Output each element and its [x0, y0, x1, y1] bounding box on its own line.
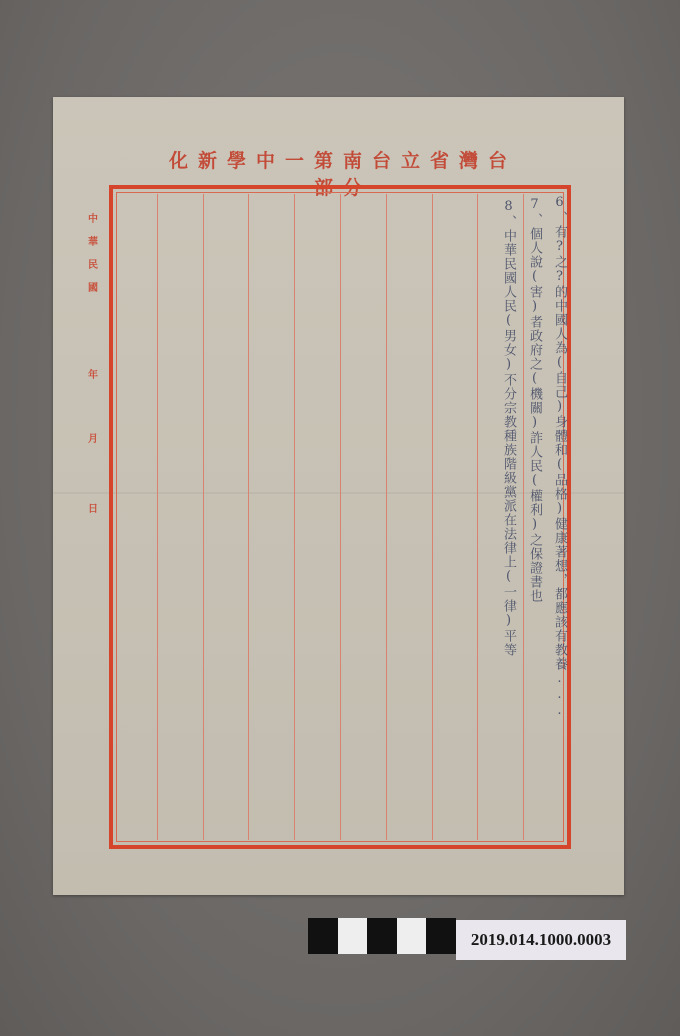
scale-segment [367, 918, 397, 954]
date-char: 民 [83, 256, 103, 271]
column-rule [248, 194, 249, 840]
column-rule [477, 194, 478, 840]
column-rule [340, 194, 341, 840]
column-rule [523, 194, 524, 840]
date-char: 月 [83, 430, 103, 445]
date-char: 年 [83, 366, 103, 381]
scale-segment [338, 918, 368, 954]
color-scale-bar [308, 918, 456, 954]
scale-segment [426, 918, 456, 954]
catalog-id-label: 2019.014.1000.0003 [456, 920, 626, 960]
date-char: 國 [83, 279, 103, 294]
column-rule [157, 194, 158, 840]
scale-segment [397, 918, 427, 954]
handwritten-line-7: 7、個人說(害)者政府之(機關)詐人民(權利)之保證書也 [525, 197, 544, 637]
date-char: 中 [83, 210, 103, 225]
scale-segment [308, 918, 338, 954]
column-rule [294, 194, 295, 840]
column-rule [432, 194, 433, 840]
handwritten-line-6: 6、有?之?的中國人為(自己)身體和(品格)健康著想，都應該有教養... [550, 195, 569, 895]
handwritten-line-8: 8、中華民國人民(男女)不分宗教種族階級黨派在法律上(一律)平等 [499, 199, 518, 839]
date-char: 華 [83, 233, 103, 248]
column-rule [203, 194, 204, 840]
date-char: 日 [83, 500, 103, 515]
letter-paper: 台灣省立台南第一中學新化分部 中 華 民 國 年 月 日 6、有?之?的中國人為… [53, 97, 624, 895]
column-rule [386, 194, 387, 840]
